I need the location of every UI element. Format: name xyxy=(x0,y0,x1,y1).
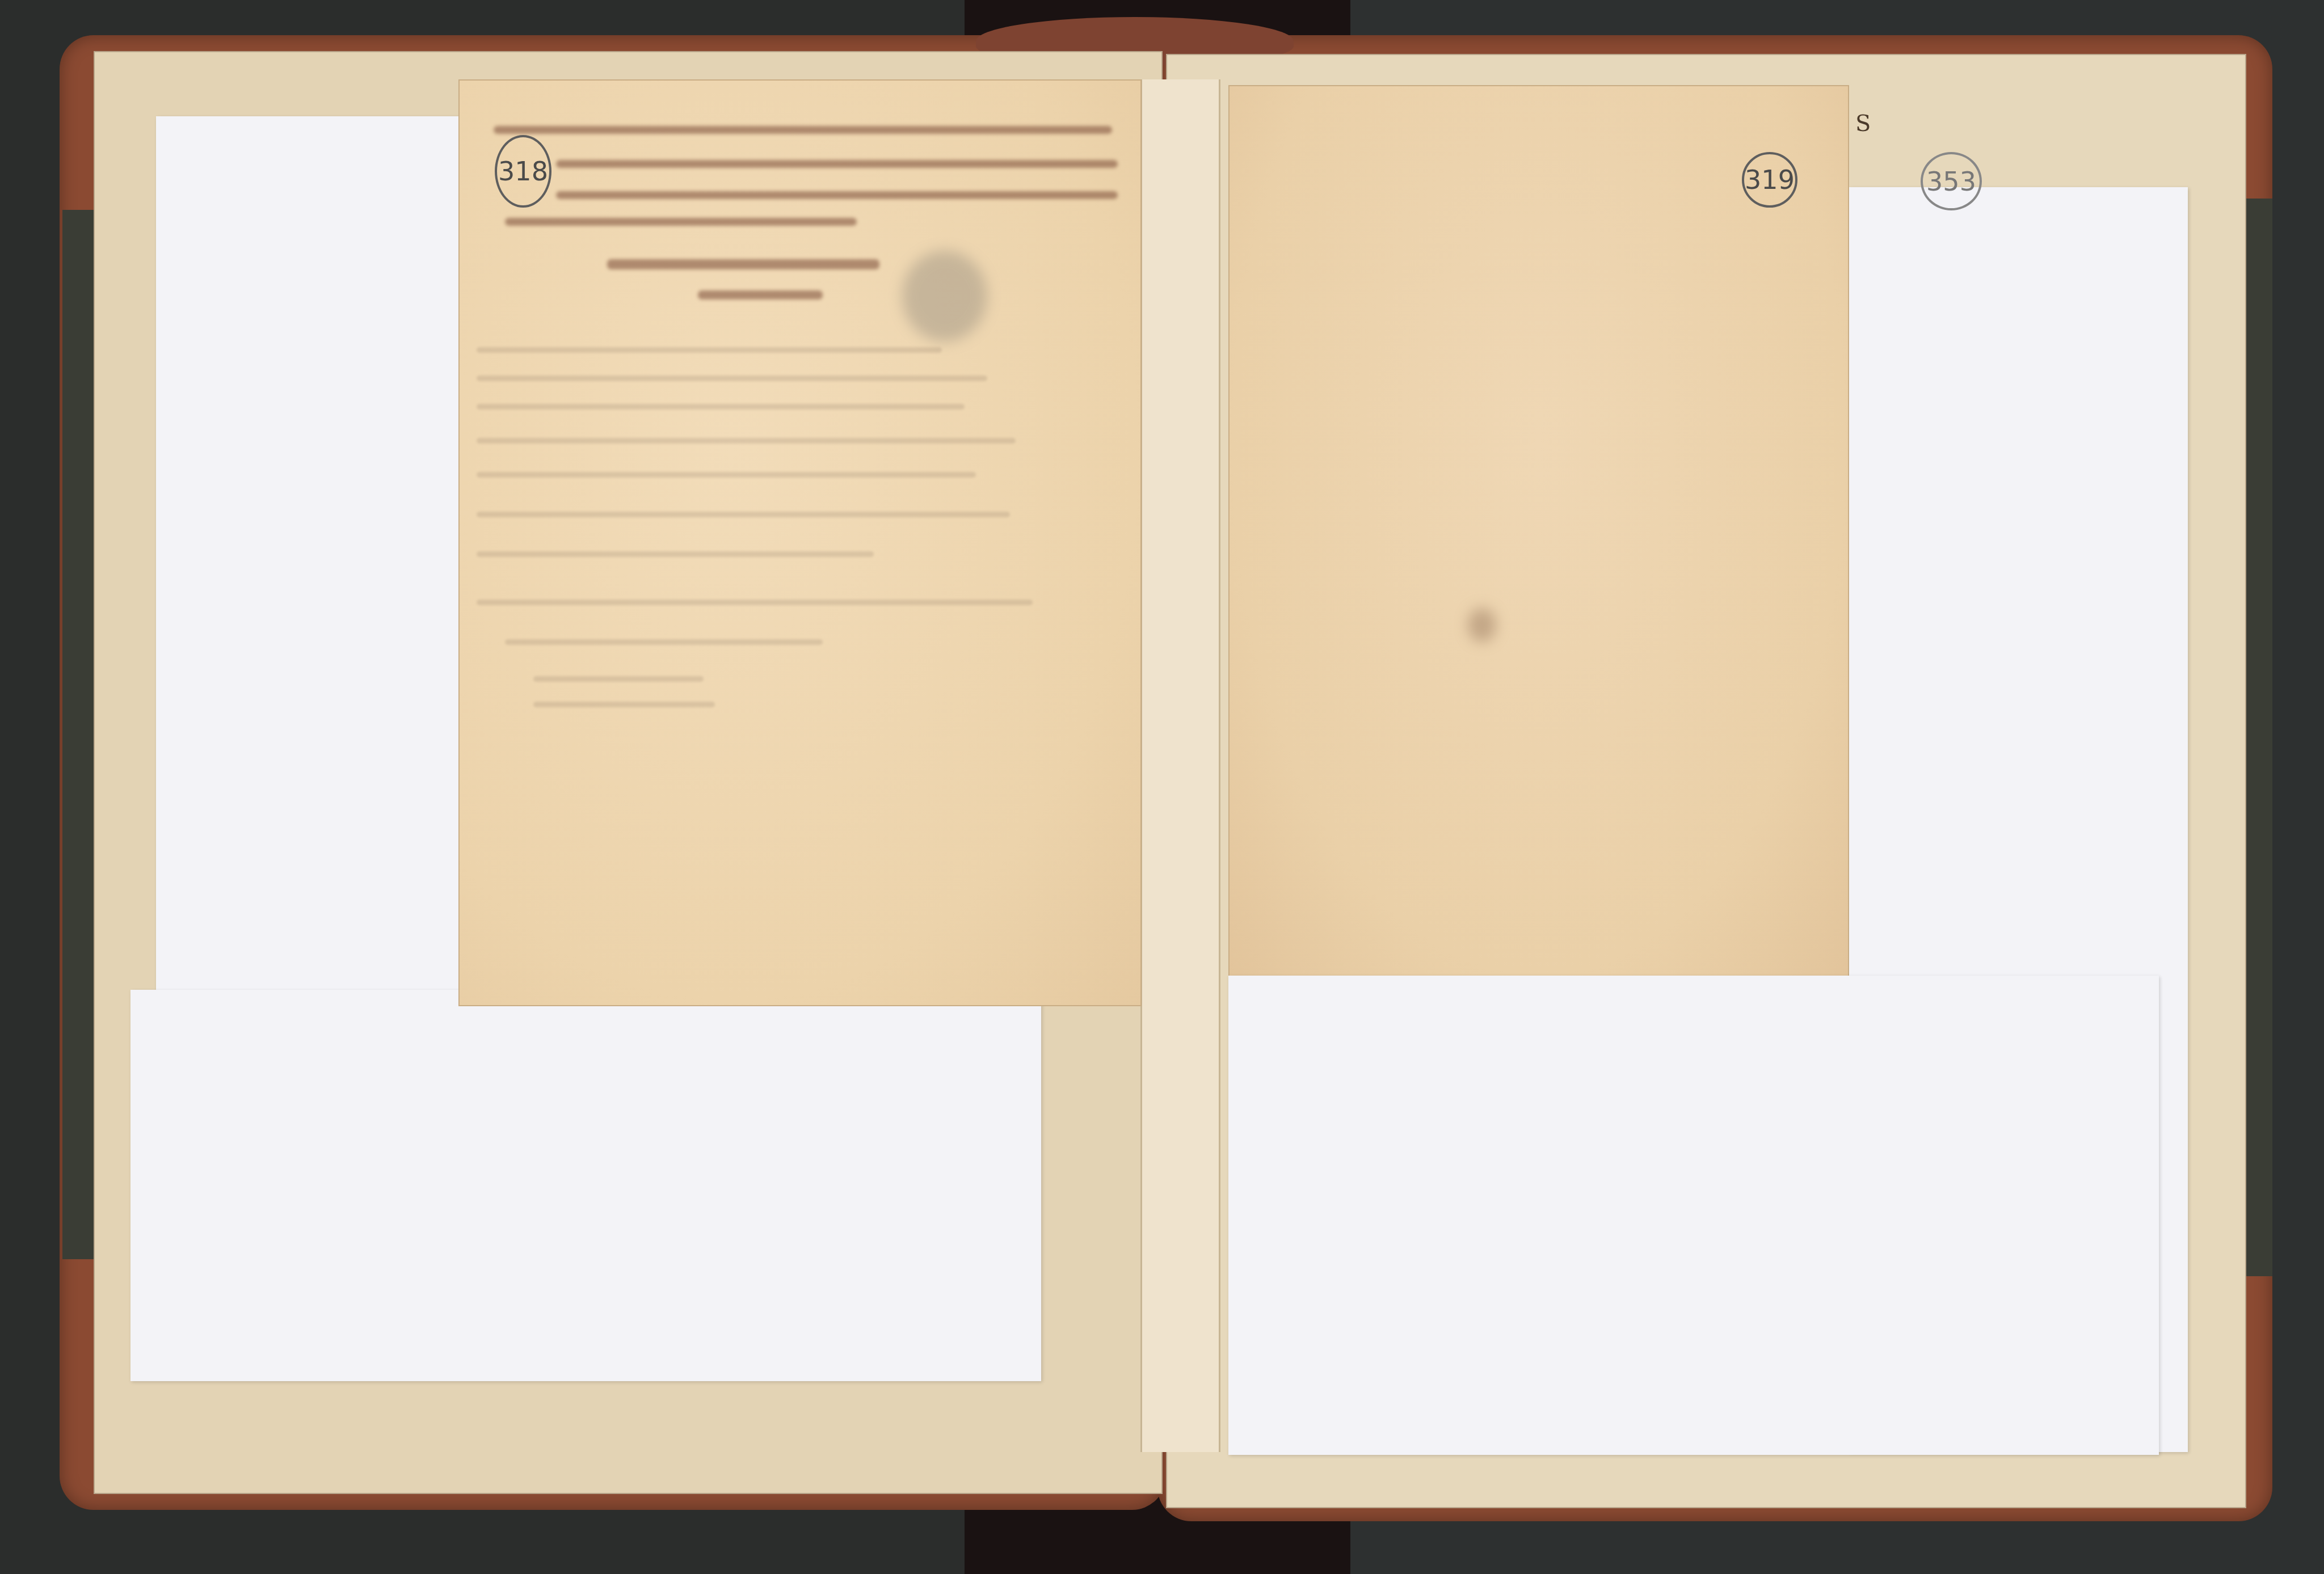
handwriting-line xyxy=(505,218,857,226)
faint-line xyxy=(477,404,965,410)
insert-sheet-right-lower xyxy=(1228,976,2159,1455)
faint-line xyxy=(477,375,987,381)
faint-line xyxy=(477,472,976,478)
faint-line xyxy=(505,639,823,645)
tab-letter: S xyxy=(1855,111,1871,137)
faint-line xyxy=(477,600,1033,605)
insert-sheet-left-lower xyxy=(130,990,1041,1381)
folio-number-353: 353 xyxy=(1921,152,1982,210)
faint-line xyxy=(477,551,874,557)
faint-line xyxy=(477,347,942,353)
folio-number-319: 319 xyxy=(1742,152,1797,208)
handwriting-line xyxy=(556,160,1118,168)
faint-line xyxy=(533,702,715,707)
handwriting-heading xyxy=(607,259,879,269)
faint-line xyxy=(533,676,704,682)
manuscript-page-319 xyxy=(1228,85,1849,981)
faint-line xyxy=(477,512,1010,517)
handwriting-line xyxy=(494,126,1112,134)
manuscript-page-318 xyxy=(458,79,1142,1006)
stain xyxy=(902,251,987,341)
handwriting-heading xyxy=(698,290,823,299)
small-mark xyxy=(1468,608,1496,642)
faint-line xyxy=(477,438,1016,444)
gutter-strip xyxy=(1140,79,1220,1452)
cover-cloth-strip-left xyxy=(62,210,96,1259)
folio-number-318: 318 xyxy=(495,135,551,208)
handwriting-line xyxy=(556,191,1118,199)
